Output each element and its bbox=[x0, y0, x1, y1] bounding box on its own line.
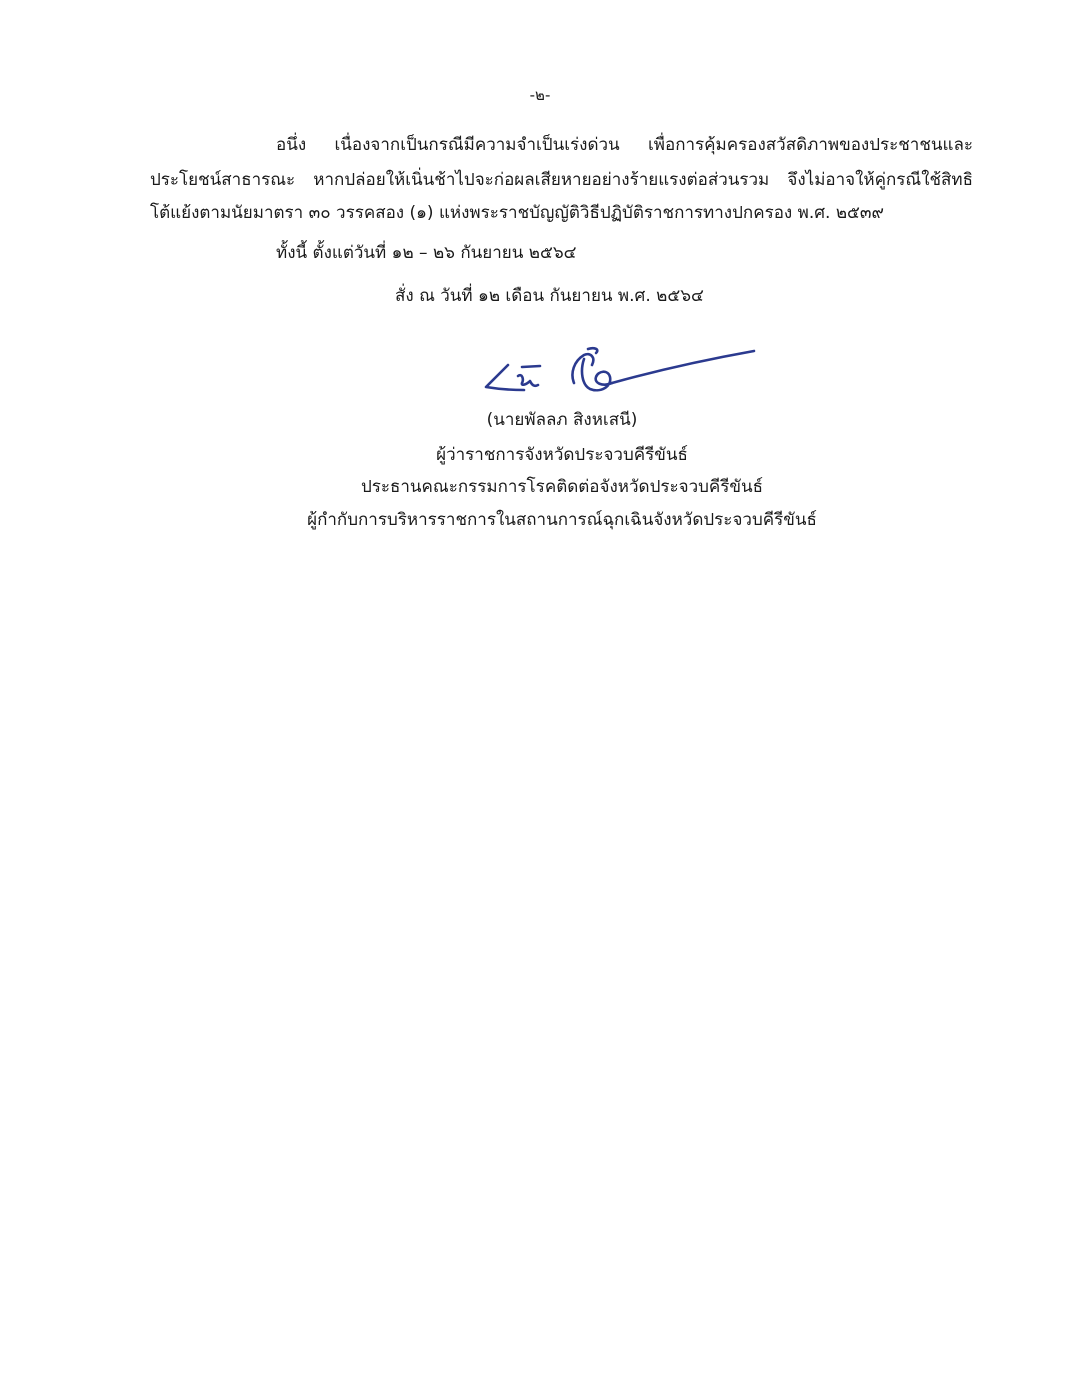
order-date: สั่ง ณ วันที่ ๑๒ เดือน กันยายน พ.ศ. ๒๕๖๔ bbox=[395, 284, 704, 308]
signatory-title: ประธานคณะกรรมการโรคติดต่อจังหวัดประจวบคี… bbox=[0, 475, 1080, 499]
signatory-title: ผู้ว่าราชการจังหวัดประจวบคีรีขันธ์ bbox=[0, 443, 1080, 467]
signatory-title: ผู้กำกับการบริหารราชการในสถานการณ์ฉุกเฉิ… bbox=[0, 508, 1080, 532]
paragraph-line: ประโยชน์สาธารณะ หากปล่อยให้เนิ่นช้าไปจะก… bbox=[150, 168, 973, 192]
page-number: -๒- bbox=[0, 83, 1080, 107]
signatory-name: (นายพัลลภ สิงหเสนี) bbox=[0, 408, 1080, 432]
paragraph-line: อนึ่ง เนื่องจากเป็นกรณีมีความจำเป็นเร่งด… bbox=[276, 133, 973, 157]
paragraph-line: โต้แย้งตามนัยมาตรา ๓๐ วรรคสอง (๑) แห่งพร… bbox=[150, 201, 884, 225]
document-page: -๒- อนึ่ง เนื่องจากเป็นกรณีมีความจำเป็นเ… bbox=[0, 0, 1080, 1397]
signature-icon bbox=[478, 343, 763, 403]
effective-period: ทั้งนี้ ตั้งแต่วันที่ ๑๒ – ๒๖ กันยายน ๒๕… bbox=[276, 241, 577, 265]
